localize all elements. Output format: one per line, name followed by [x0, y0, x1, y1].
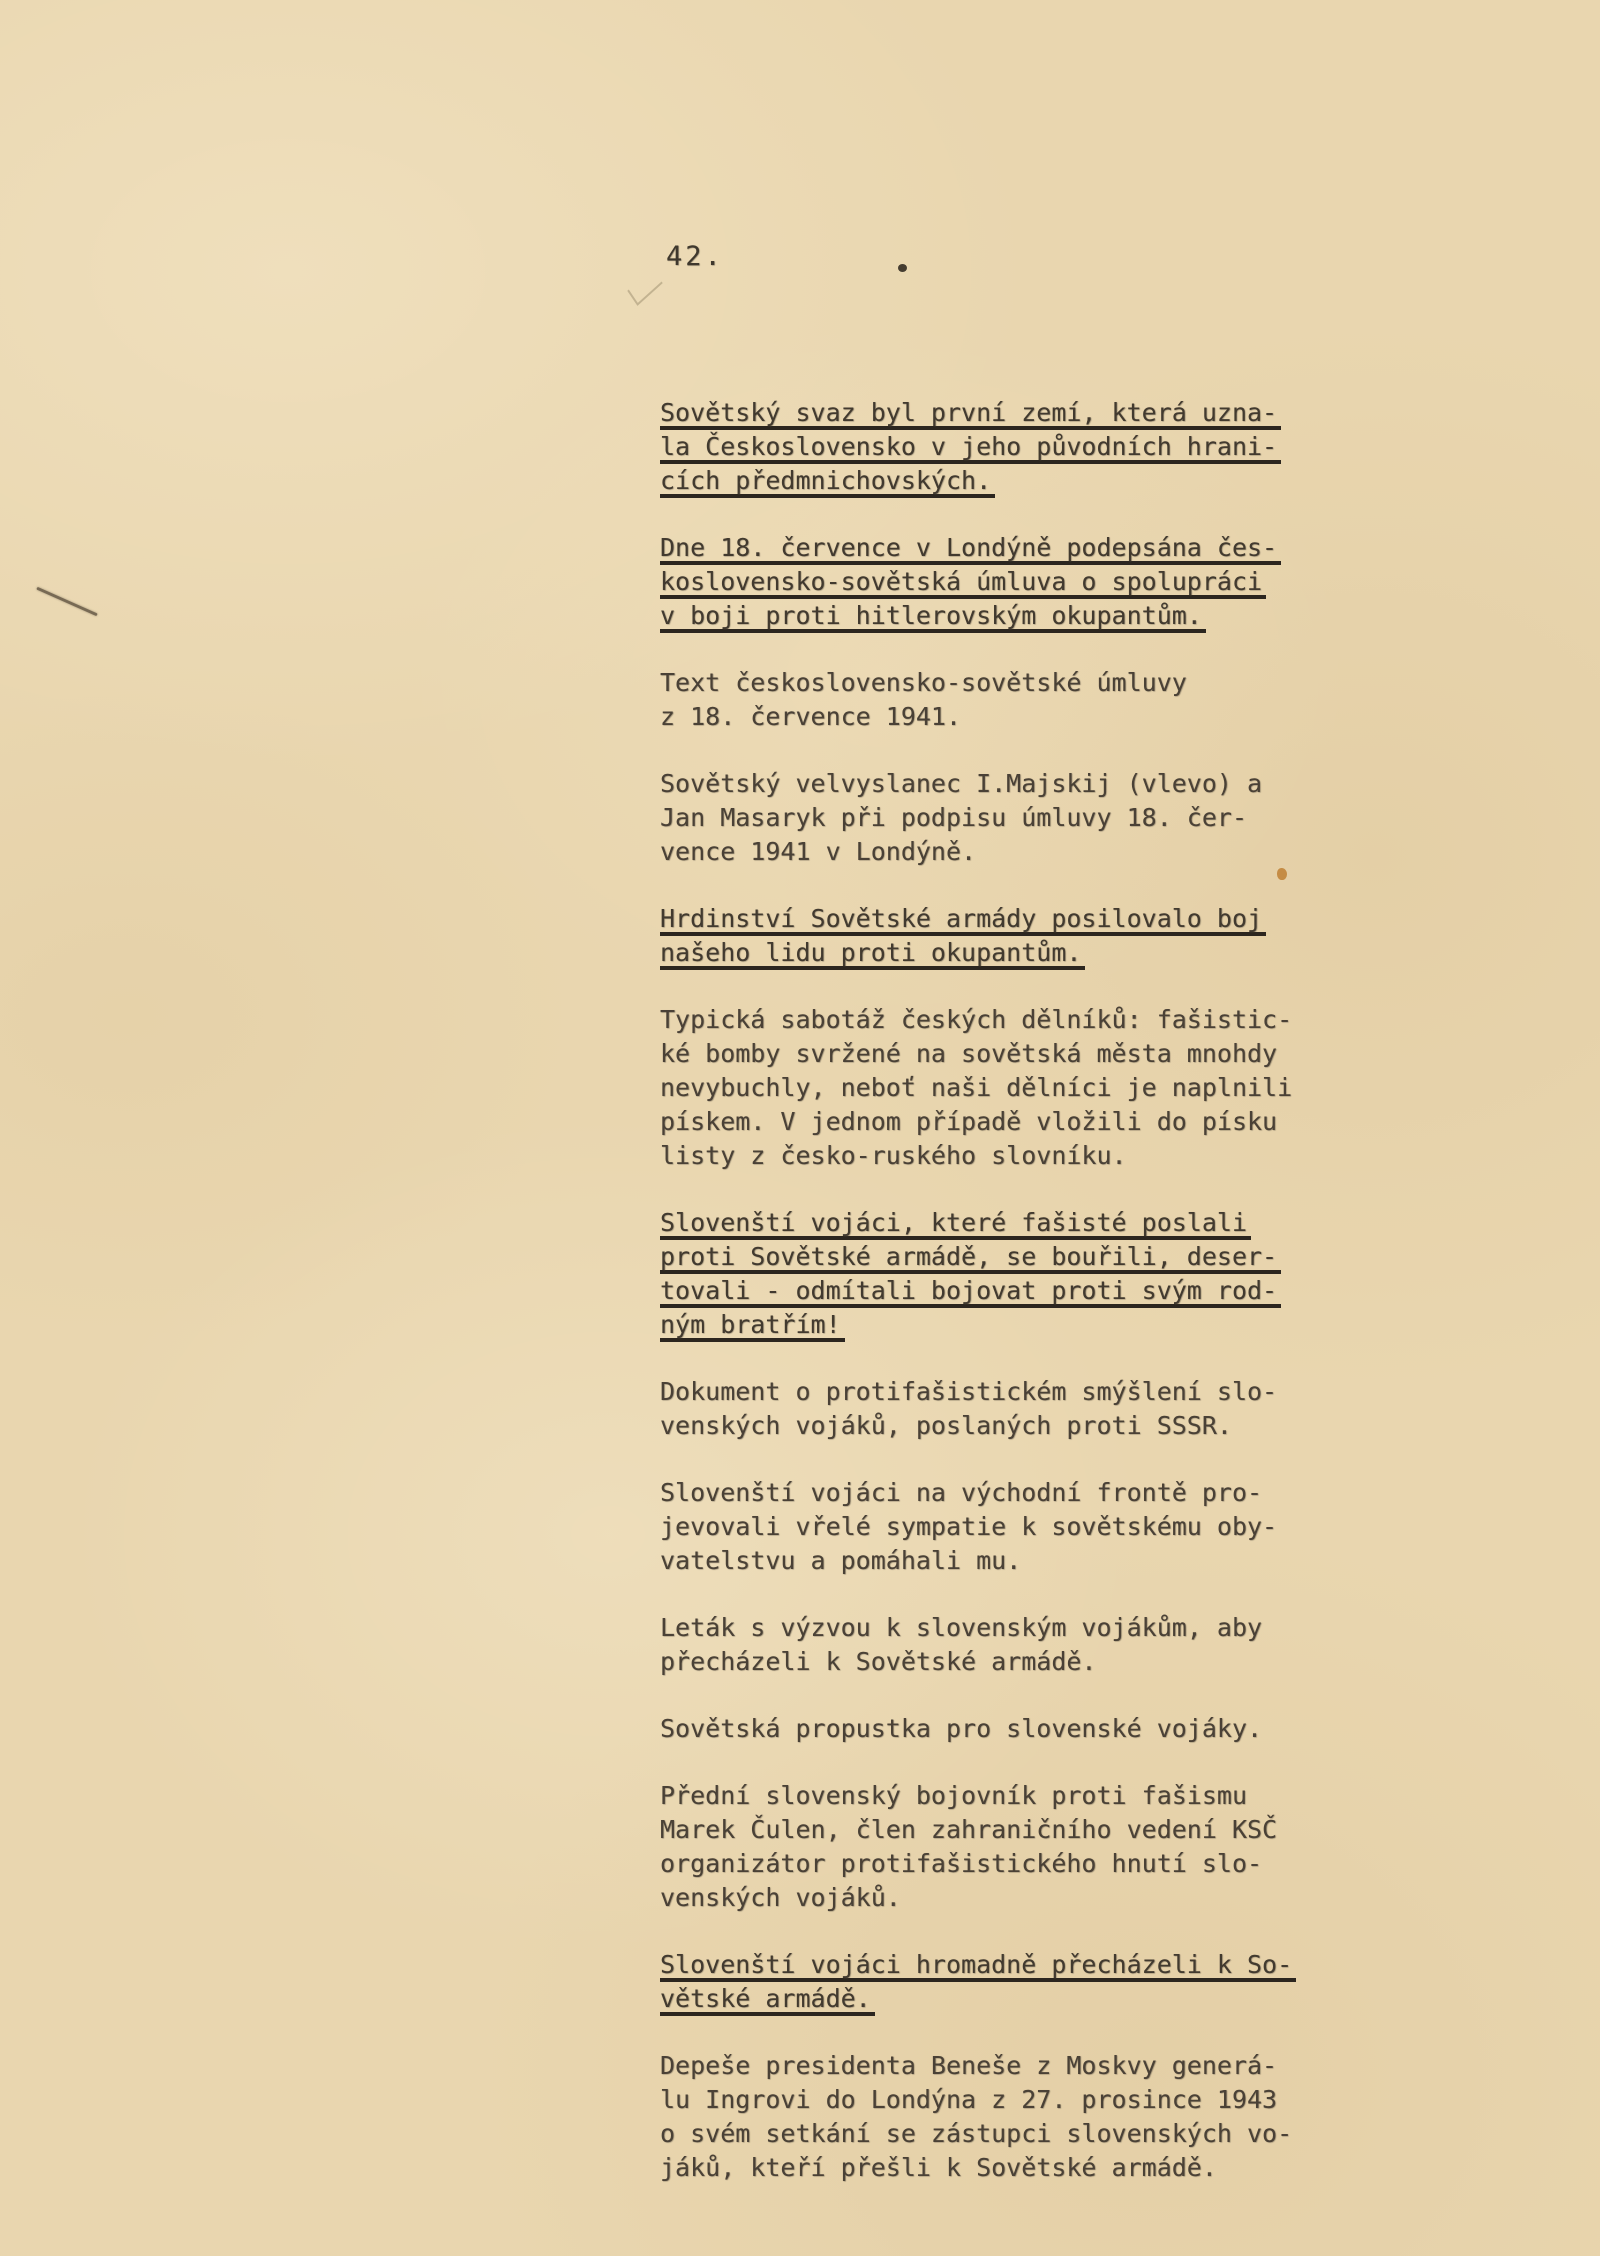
- text-line: nevybuchly, neboť naši dělníci je naplni…: [660, 1071, 1340, 1105]
- text-line: Dokument o protifašistickém smýšlení slo…: [660, 1375, 1340, 1409]
- text-line: Jan Masaryk při podpisu úmluvy 18. čer-: [660, 801, 1340, 835]
- text-line: vatelstvu a pomáhali mu.: [660, 1544, 1340, 1578]
- text-line: Slovenští vojáci hromadně přecházeli k S…: [660, 1948, 1296, 1982]
- underlined-paragraph: Hrdinství Sovětské armády posilovalo boj…: [660, 902, 1340, 970]
- text-line: la Československo v jeho původních hrani…: [660, 430, 1281, 464]
- text-line: koslovensko-sovětská úmluva o spolupráci: [660, 565, 1266, 599]
- text-line: proti Sovětské armádě, se bouřili, deser…: [660, 1240, 1281, 1274]
- text-line: cích předmnichovských.: [660, 464, 995, 498]
- text-line: Text československo-sovětské úmluvy: [660, 666, 1340, 700]
- text-line: větské armádě.: [660, 1982, 875, 2016]
- paragraph: Sovětská propustka pro slovenské vojáky.: [660, 1712, 1340, 1746]
- text-line: Přední slovenský bojovník proti fašismu: [660, 1779, 1340, 1813]
- text-line: Marek Čulen, člen zahraničního vedení KS…: [660, 1813, 1340, 1847]
- text-line: Sovětská propustka pro slovenské vojáky.: [660, 1712, 1340, 1746]
- text-line: Sovětský velvyslanec I.Majskij (vlevo) a: [660, 767, 1340, 801]
- underlined-paragraph: Slovenští vojáci, které fašisté poslalip…: [660, 1206, 1340, 1342]
- paragraph: Depeše presidenta Beneše z Moskvy generá…: [660, 2049, 1340, 2185]
- ink-speck: [898, 264, 907, 272]
- paragraph: Leták s výzvou k slovenským vojákům, aby…: [660, 1611, 1340, 1679]
- text-line: našeho lidu proti okupantům.: [660, 936, 1085, 970]
- paragraph: Přední slovenský bojovník proti fašismuM…: [660, 1779, 1340, 1915]
- text-line: ké bomby svržené na sovětská města mnohd…: [660, 1037, 1340, 1071]
- text-line: vence 1941 v Londýně.: [660, 835, 1340, 869]
- text-line: přecházeli k Sovětské armádě.: [660, 1645, 1340, 1679]
- text-line: o svém setkání se zástupci slovenských v…: [660, 2117, 1340, 2151]
- text-line: pískem. V jednom případě vložili do písk…: [660, 1105, 1340, 1139]
- paragraph: Text československo-sovětské úmluvyz 18.…: [660, 666, 1340, 734]
- text-line: Slovenští vojáci, které fašisté poslali: [660, 1206, 1251, 1240]
- text-line: Sovětský svaz byl první zemí, která uzna…: [660, 396, 1281, 430]
- text-line: Slovenští vojáci na východní frontě pro-: [660, 1476, 1340, 1510]
- text-line: Leták s výzvou k slovenským vojákům, aby: [660, 1611, 1340, 1645]
- document-body: Sovětský svaz byl první zemí, která uzna…: [660, 396, 1340, 2218]
- text-line: ným bratřím!: [660, 1308, 845, 1342]
- paragraph: Dokument o protifašistickém smýšlení slo…: [660, 1375, 1340, 1443]
- text-line: tovali - odmítali bojovat proti svým rod…: [660, 1274, 1281, 1308]
- text-line: Depeše presidenta Beneše z Moskvy generá…: [660, 2049, 1340, 2083]
- text-line: Typická sabotáž českých dělníků: fašisti…: [660, 1003, 1340, 1037]
- text-line: v boji proti hitlerovským okupantům.: [660, 599, 1206, 633]
- underlined-paragraph: Dne 18. července v Londýně podepsána čes…: [660, 531, 1340, 633]
- scanned-page: 42. Sovětský svaz byl první zemí, která …: [0, 0, 1600, 2256]
- paper-fiber: [36, 587, 98, 617]
- text-line: lu Ingrovi do Londýna z 27. prosince 194…: [660, 2083, 1340, 2117]
- paragraph: Slovenští vojáci na východní frontě pro-…: [660, 1476, 1340, 1578]
- underlined-paragraph: Slovenští vojáci hromadně přecházeli k S…: [660, 1948, 1340, 2016]
- underlined-paragraph: Sovětský svaz byl první zemí, která uzna…: [660, 396, 1340, 498]
- text-line: venských vojáků.: [660, 1881, 1340, 1915]
- text-line: organizátor protifašistického hnutí slo-: [660, 1847, 1340, 1881]
- text-line: jáků, kteří přešli k Sovětské armádě.: [660, 2151, 1340, 2185]
- text-line: jevovali vřelé sympatie k sovětskému oby…: [660, 1510, 1340, 1544]
- paragraph: Sovětský velvyslanec I.Majskij (vlevo) a…: [660, 767, 1340, 869]
- page-number: 42.: [666, 242, 724, 272]
- text-line: Hrdinství Sovětské armády posilovalo boj: [660, 902, 1266, 936]
- text-line: Dne 18. července v Londýně podepsána čes…: [660, 531, 1281, 565]
- paragraph: Typická sabotáž českých dělníků: fašisti…: [660, 1003, 1340, 1173]
- text-line: venských vojáků, poslaných proti SSSR.: [660, 1409, 1340, 1443]
- text-line: listy z česko-ruského slovníku.: [660, 1139, 1340, 1173]
- faint-pencil-mark: [627, 268, 662, 306]
- text-line: z 18. července 1941.: [660, 700, 1340, 734]
